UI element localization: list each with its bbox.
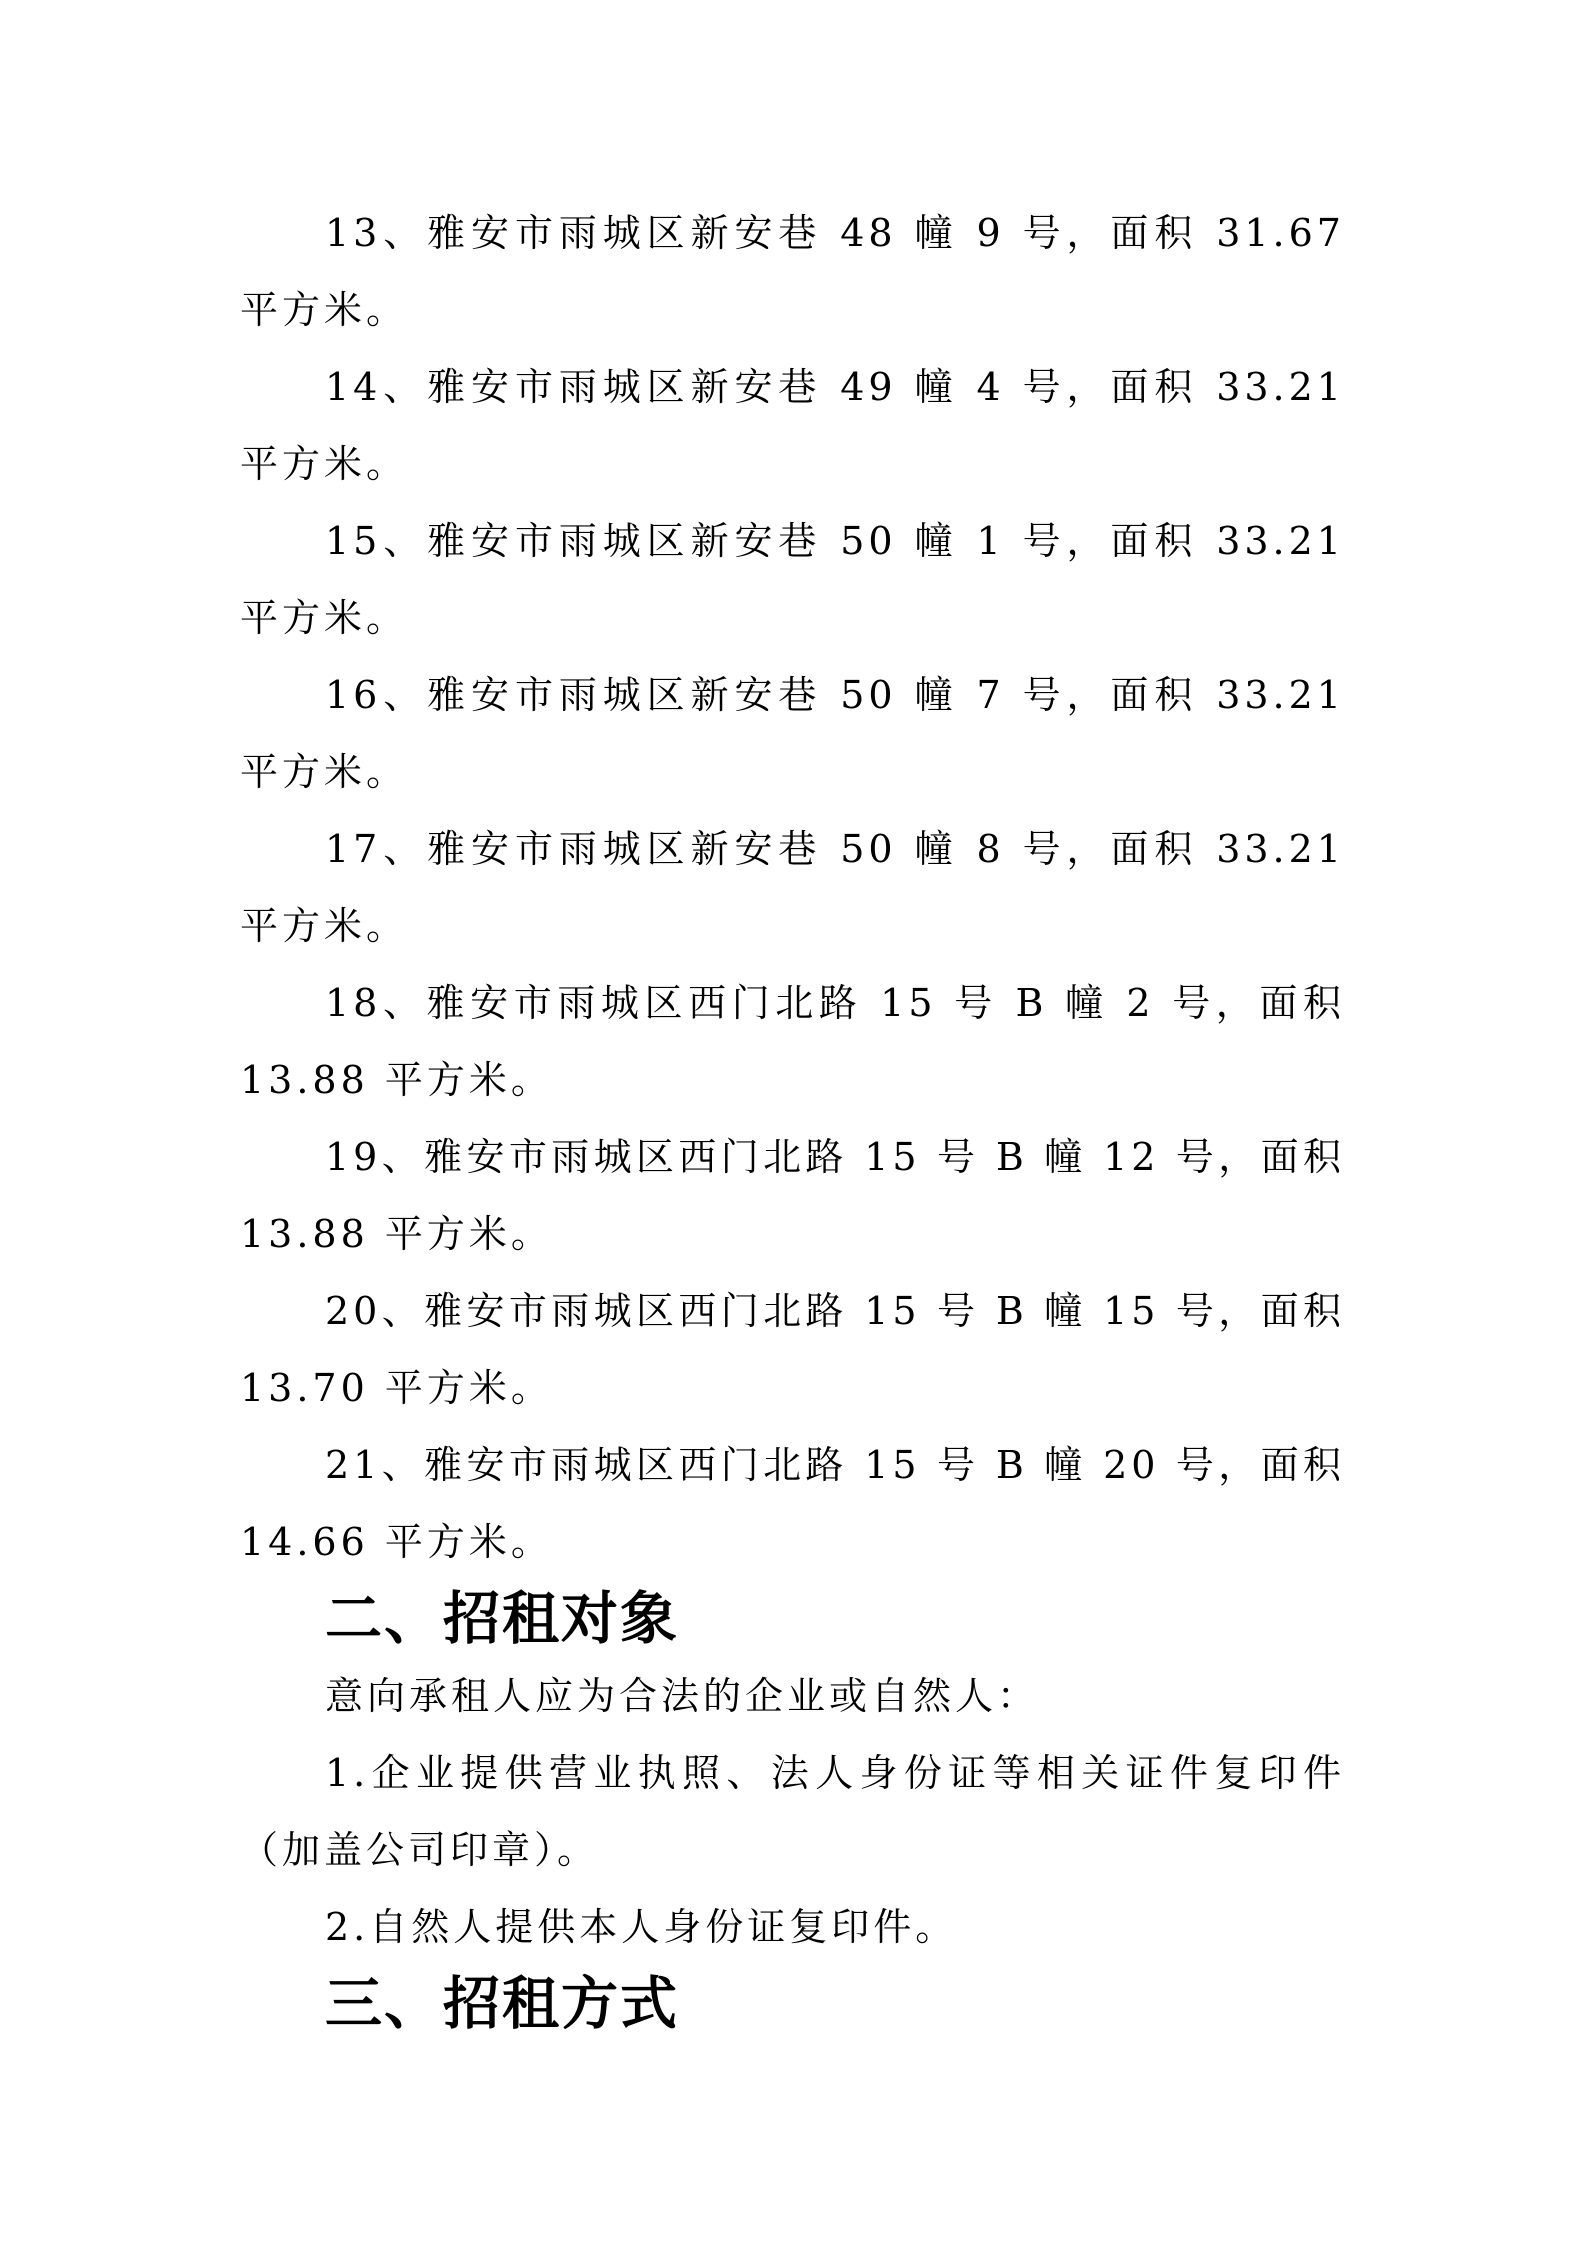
requirement-individual: 2.自然人提供本人身份证复印件。 [240, 1889, 1345, 1966]
section-intro: 意向承租人应为合法的企业或自然人： [240, 1658, 1345, 1735]
section-heading-tenant-target: 二、招租对象 [240, 1581, 1345, 1658]
list-item-17: 17、雅安市雨城区新安巷 50 幢 8 号，面积 33.21 平方米。 [240, 811, 1345, 965]
requirement-enterprise: 1.企业提供营业执照、法人身份证等相关证件复印件（加盖公司印章）。 [240, 1735, 1345, 1889]
section-heading-rental-method: 三、招租方式 [240, 1966, 1345, 2043]
list-item-21: 21、雅安市雨城区西门北路 15 号 B 幢 20 号，面积 14.66 平方米… [240, 1427, 1345, 1581]
list-item-16: 16、雅安市雨城区新安巷 50 幢 7 号，面积 33.21 平方米。 [240, 657, 1345, 811]
document-page: 13、雅安市雨城区新安巷 48 幢 9 号，面积 31.67 平方米。 14、雅… [240, 195, 1345, 2043]
list-item-20: 20、雅安市雨城区西门北路 15 号 B 幢 15 号，面积 13.70 平方米… [240, 1273, 1345, 1427]
list-item-18: 18、雅安市雨城区西门北路 15 号 B 幢 2 号，面积 13.88 平方米。 [240, 965, 1345, 1119]
list-item-13: 13、雅安市雨城区新安巷 48 幢 9 号，面积 31.67 平方米。 [240, 195, 1345, 349]
list-item-19: 19、雅安市雨城区西门北路 15 号 B 幢 12 号，面积 13.88 平方米… [240, 1119, 1345, 1273]
list-item-15: 15、雅安市雨城区新安巷 50 幢 1 号，面积 33.21 平方米。 [240, 503, 1345, 657]
list-item-14: 14、雅安市雨城区新安巷 49 幢 4 号，面积 33.21 平方米。 [240, 349, 1345, 503]
